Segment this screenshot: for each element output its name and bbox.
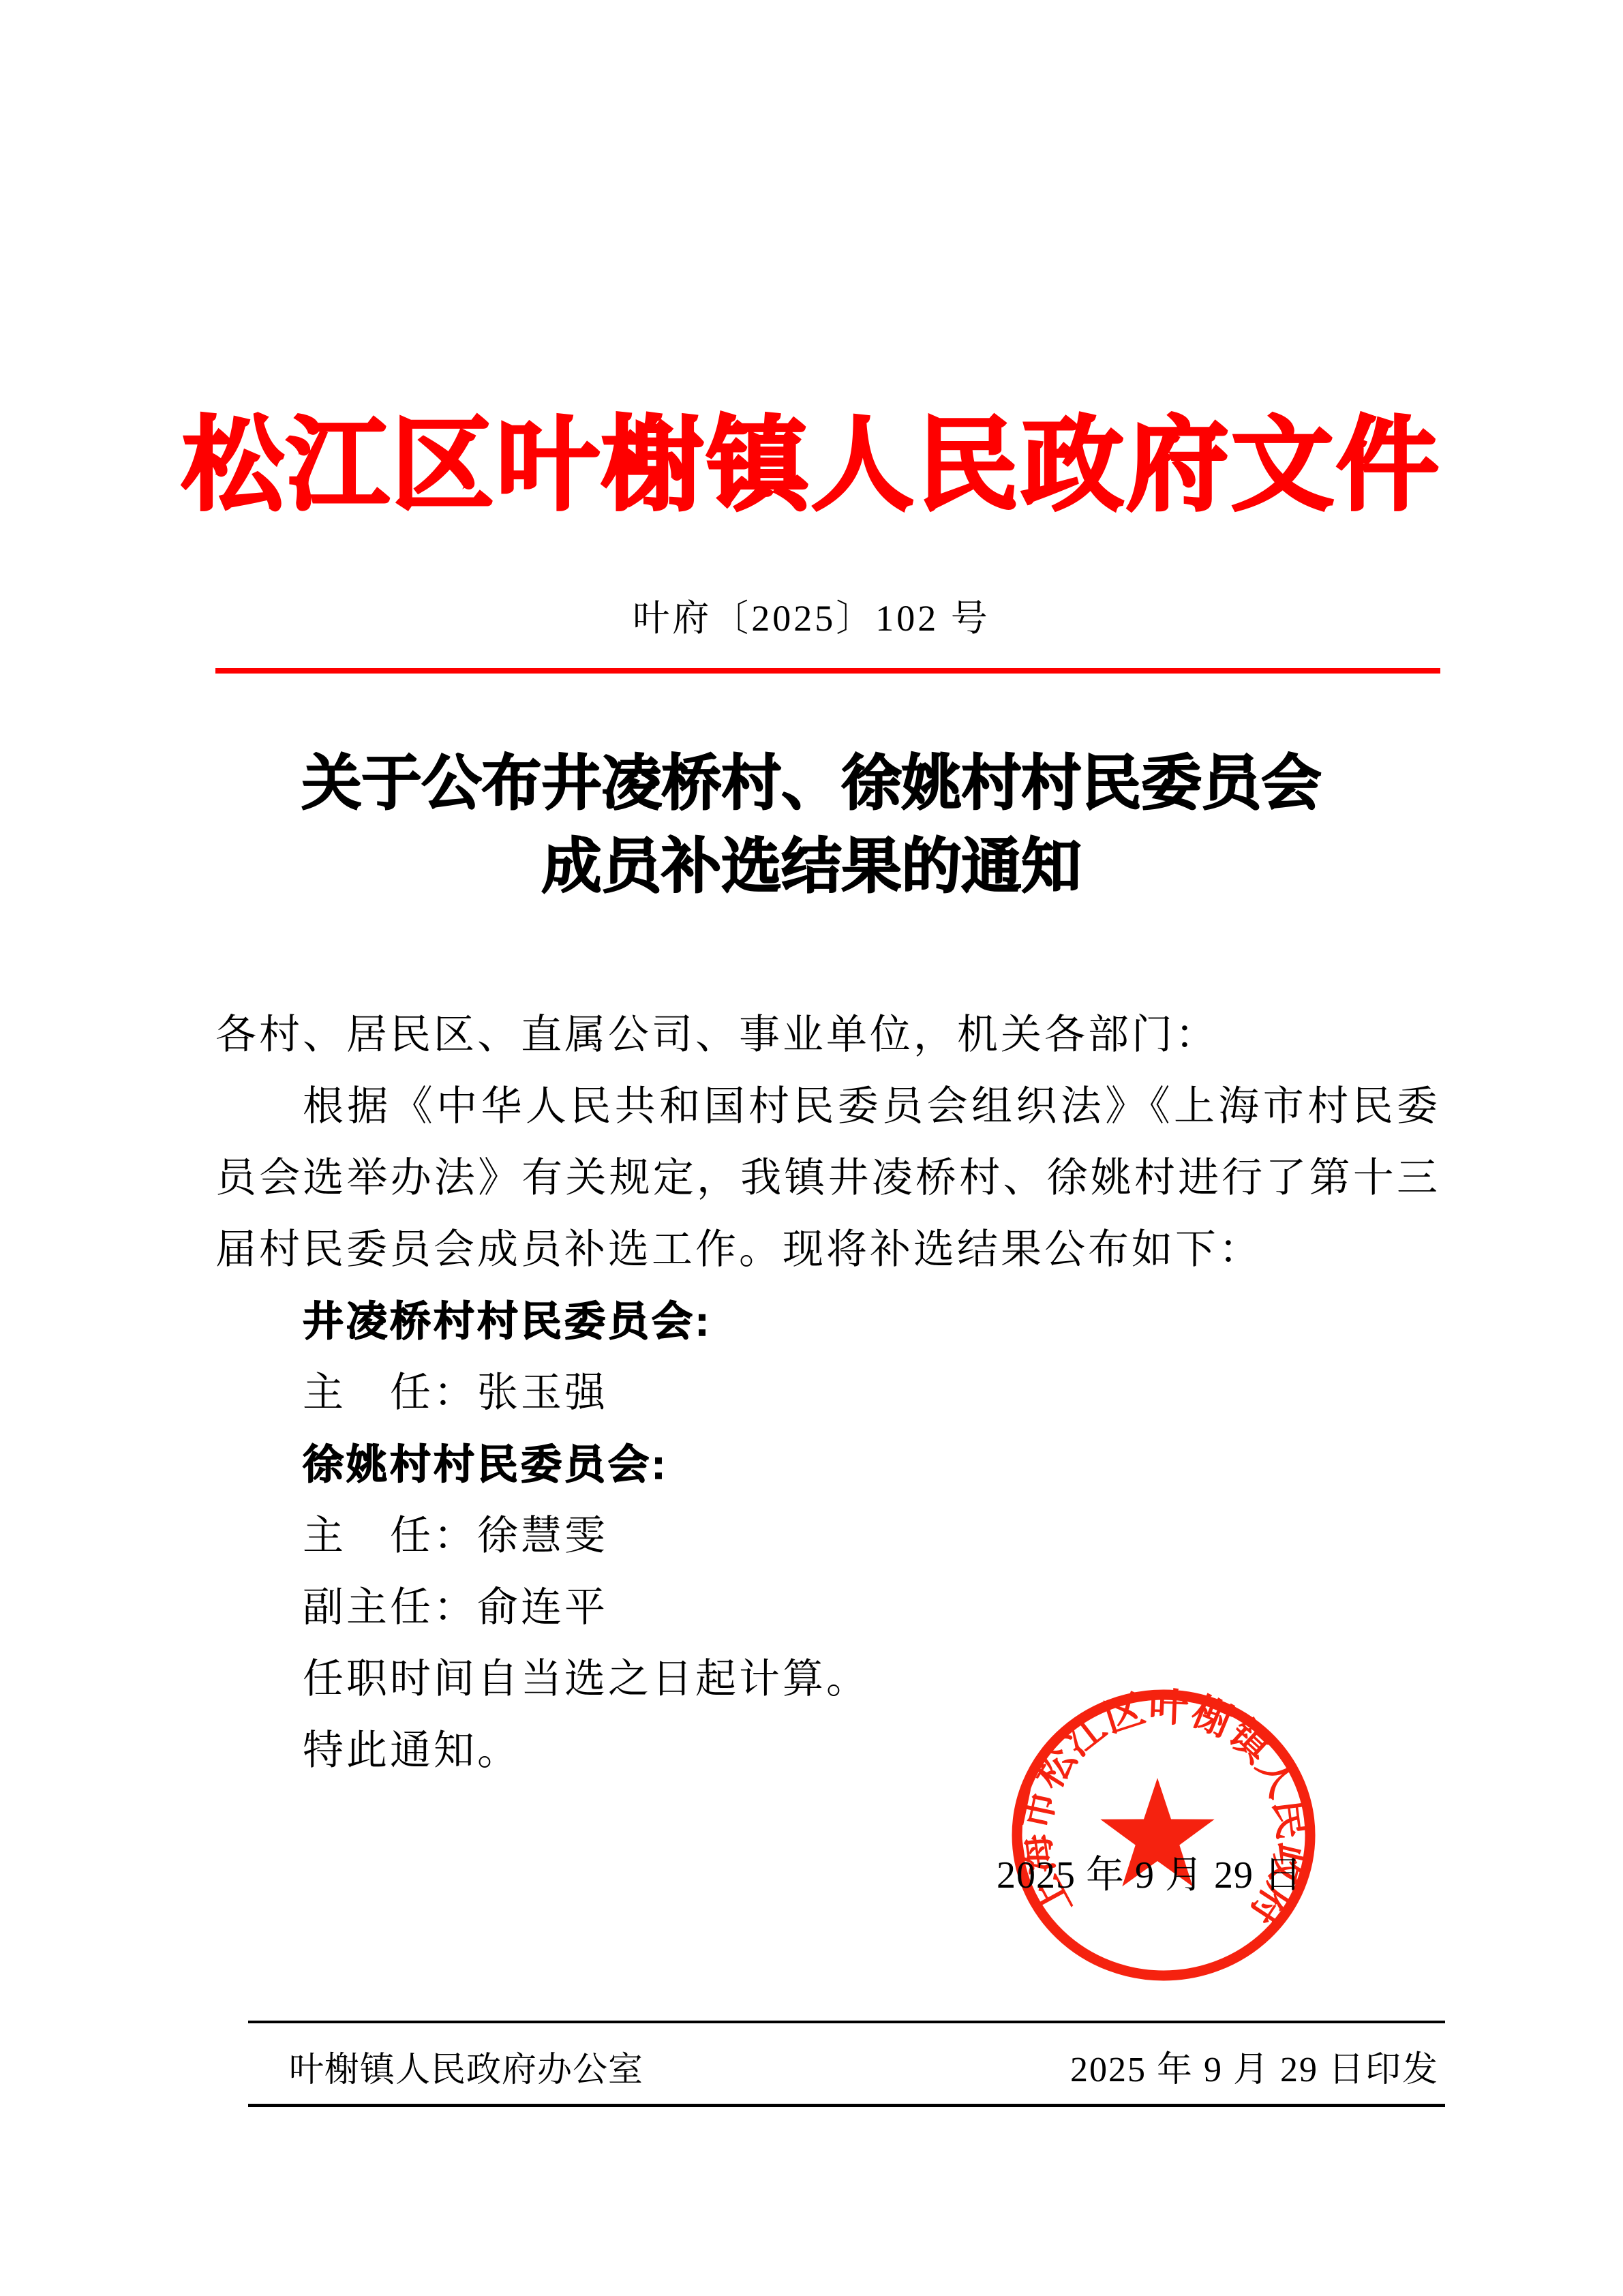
- body-line: 主 任：张玉强: [215, 1357, 1440, 1429]
- doc-number: 叶府〔2025〕102 号: [0, 594, 1623, 642]
- doc-title-line2: 成员补选结果的通知: [0, 826, 1623, 909]
- doc-title-line1: 关于公布井凌桥村、徐姚村村民委员会: [0, 743, 1623, 826]
- body-section-heading: 井凌桥村村民委员会:: [215, 1286, 1440, 1357]
- body-line: 副主任：俞连平: [215, 1572, 1440, 1644]
- document-page: 松江区叶榭镇人民政府文件 叶府〔2025〕102 号 关于公布井凌桥村、徐姚村村…: [0, 0, 1623, 2296]
- body-line: 主 任：徐慧雯: [215, 1500, 1440, 1572]
- issue-date: 2025 年 9 月 29 日: [997, 1845, 1303, 1899]
- footer-bottom-rule: [248, 2104, 1445, 2107]
- body-line: 根据《中华人民共和国村民委员会组织法》《上海市村民委: [215, 1071, 1440, 1143]
- footer-office-name: 叶榭镇人民政府办公室: [289, 2046, 643, 2094]
- body-text: 各村、居民区、直属公司、事业单位，机关各部门： 根据《中华人民共和国村民委员会组…: [215, 999, 1440, 1787]
- body-line: 届村民委员会成员补选工作。现将补选结果公布如下：: [215, 1214, 1440, 1286]
- footer-print-date: 2025 年 9 月 29 日印发: [1070, 2046, 1439, 2094]
- red-separator-line: [215, 668, 1440, 674]
- footer-top-rule: [248, 2021, 1445, 2023]
- body-line: 员会选举办法》有关规定，我镇井凌桥村、徐姚村进行了第十三: [215, 1143, 1440, 1214]
- body-section-heading: 徐姚村村民委员会:: [215, 1429, 1440, 1500]
- salutation-line: 各村、居民区、直属公司、事业单位，机关各部门：: [215, 999, 1440, 1071]
- document-header-title: 松江区叶榭镇人民政府文件: [0, 408, 1623, 525]
- official-seal: 上海市松江区叶榭镇人民政府: [1002, 1680, 1325, 1991]
- doc-title: 关于公布井凌桥村、徐姚村村民委员会 成员补选结果的通知: [0, 743, 1623, 909]
